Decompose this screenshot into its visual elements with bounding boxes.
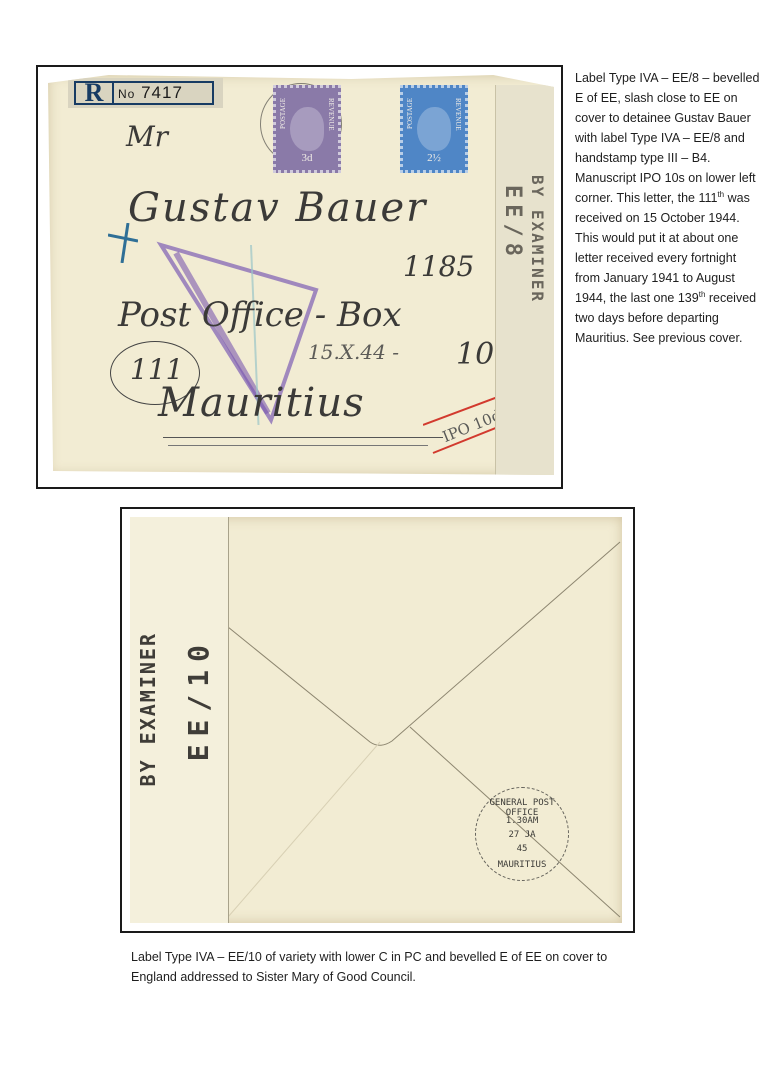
address-place: Mauritius [158, 380, 365, 426]
stamp-value: 2½ [403, 152, 465, 164]
censor-text: BY EXAMINER [136, 632, 160, 786]
address-number: 1185 [403, 250, 474, 283]
stamp-2-half-d: POSTAGE REVENUE 2½ [400, 85, 468, 173]
censor-label-ee10: BY EXAMINER EE/10 [130, 517, 229, 923]
king-portrait-icon [290, 107, 324, 151]
back-cover-frame: BY EXAMINER EE/10 GENERAL POST OFFICE 1.… [120, 507, 635, 933]
address-salutation: Mr [126, 120, 168, 153]
registration-label: R No 7417 [68, 78, 223, 108]
receipt-date: 15.X.44 - [308, 340, 399, 364]
registration-number: No 7417 [114, 83, 183, 103]
back-envelope-image: BY EXAMINER EE/10 GENERAL POST OFFICE 1.… [130, 517, 622, 923]
censor-label-ee8: EE/8 BY EXAMINER [495, 85, 554, 477]
gpo-mauritius-postmark: GENERAL POST OFFICE 1.30AM 27 JA 45 MAUR… [475, 787, 569, 881]
annotation-ten: 10 [456, 337, 494, 372]
registration-letter: R [76, 83, 114, 103]
front-envelope-image: R No 7417 POSTAGE REVENUE 3d POSTAGE REV… [48, 75, 554, 475]
address-line: Post Office - Box [118, 295, 402, 335]
underline [163, 437, 443, 438]
stamp-value: 3d [276, 152, 338, 164]
address-name: Gustav Bauer [128, 185, 427, 231]
censor-code: EE/10 [182, 637, 215, 761]
back-cover-caption: Label Type IVA – EE/10 of variety with l… [131, 947, 651, 987]
stamp-3d: POSTAGE REVENUE 3d [273, 85, 341, 173]
underline [168, 445, 428, 446]
censor-text: BY EXAMINER [528, 175, 547, 303]
front-cover-frame: R No 7417 POSTAGE REVENUE 3d POSTAGE REV… [36, 65, 563, 489]
censor-code: EE/8 [500, 185, 525, 262]
king-portrait-icon [417, 107, 451, 151]
front-cover-caption: Label Type IVA – EE/8 – bevelled E of EE… [575, 68, 763, 348]
